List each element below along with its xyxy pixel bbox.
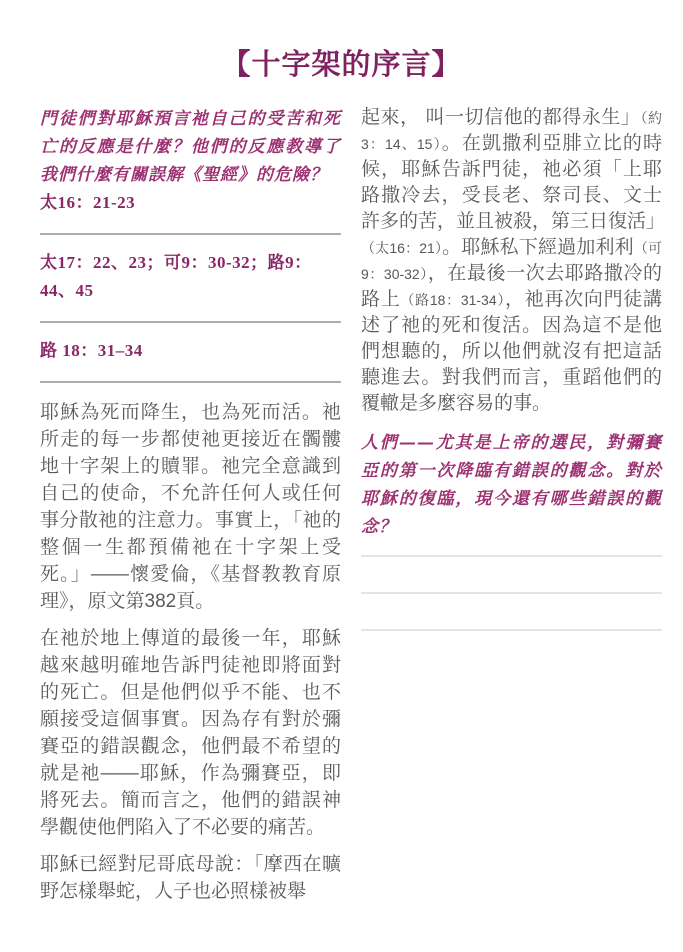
verse-reference-2: 太17：22、23；可9：30-32；路9：44、45: [40, 249, 341, 305]
body-paragraph: 起來， 叫一切信他的都得永生」（約3：14、15）。在凱撒利亞腓立比的時候，耶穌…: [361, 105, 662, 417]
study-question-2: 人們——尤其是上帝的選民，對彌賽亞的第一次降臨有錯誤的觀念。對於耶穌的復臨，現今…: [361, 429, 662, 541]
left-column: 門徒們對耶穌預言祂自己的受苦和死亡的反應是什麼？他們的反應教導了我們什麼有關誤解…: [40, 105, 341, 905]
document-page: 【十字架的序言】 門徒們對耶穌預言祂自己的受苦和死亡的反應是什麼？他們的反應教導…: [0, 45, 683, 905]
inline-verse-reference: （太16：21）: [361, 240, 442, 256]
body-paragraph: 耶穌為死而降生，也為死而活。祂所走的每一步都使祂更接近在髑髏地十字架上的贖罪。祂…: [40, 399, 341, 615]
inline-verse-reference: （路18：31-34）: [400, 292, 505, 308]
page-title: 【十字架的序言】: [0, 45, 683, 85]
answer-line: [361, 555, 662, 557]
paragraph-text: 起來， 叫一切信他的都得永生」: [361, 107, 640, 128]
verse-reference-3: 路 18：31–34: [40, 337, 341, 365]
study-question-1: 門徒們對耶穌預言祂自己的受苦和死亡的反應是什麼？他們的反應教導了我們什麼有關誤解…: [40, 105, 341, 189]
answer-line: [40, 381, 341, 383]
paragraph-text: 。耶穌私下經過加利利: [442, 237, 634, 258]
answer-line: [361, 592, 662, 594]
verse-reference-1: 太16：21-23: [40, 189, 341, 217]
body-paragraph: 在祂於地上傳道的最後一年，耶穌越來越明確地告訴門徒祂即將面對的死亡。但是他們似乎…: [40, 625, 341, 841]
answer-line: [40, 233, 341, 235]
answer-line: [361, 629, 662, 631]
two-column-layout: 門徒們對耶穌預言祂自己的受苦和死亡的反應是什麼？他們的反應教導了我們什麼有關誤解…: [0, 105, 683, 905]
body-paragraph: 耶穌已經對尼哥底母說：「摩西在曠野怎樣舉蛇，人子也必照樣被舉: [40, 851, 341, 905]
answer-line: [40, 321, 341, 323]
right-column: 起來， 叫一切信他的都得永生」（約3：14、15）。在凱撒利亞腓立比的時候，耶穌…: [361, 105, 662, 905]
